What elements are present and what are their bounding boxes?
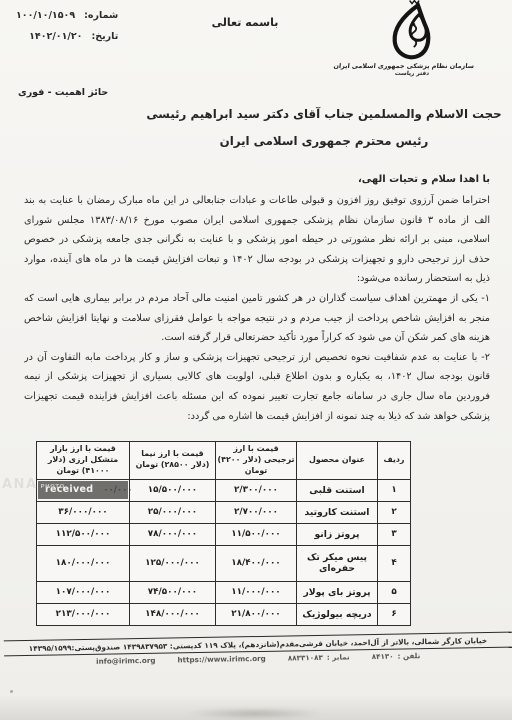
cell-product: استنت قلبی [297, 479, 378, 501]
scan-artifact-dot [10, 690, 13, 693]
cell-row-number: ۶ [378, 603, 411, 625]
header-price-preferential: قیمت با ارز ترجیحی (دلار ۴۲۰۰) تومان [216, 442, 297, 480]
letterhead-footer: خیابان کارگر شمالی، بالاتر از آل‌احمد، خ… [4, 632, 512, 669]
table-row: ۲ استنت کاروتید ۲/۷۰۰/۰۰۰ ۲۵/۰۰۰/۰۰۰ ۳۶/… [37, 501, 411, 523]
scan-bottom-smudge [185, 708, 325, 719]
scanned-letter-page: شماره: ۱۰۰/۱۰/۱۵۰۹ تاریخ: ۱۴۰۲/۰۱/۲۰ باس… [0, 0, 512, 720]
letter-date-value: ۱۴۰۲/۰۱/۲۰ [29, 31, 82, 42]
header-product: عنوان محصول [297, 442, 378, 480]
table-row: ۵ پروتز بای پولار ۱۱/۰۰۰/۰۰۰ ۷۴/۵۰۰/۰۰۰ … [37, 581, 411, 603]
cell-row-number: ۱ [378, 479, 411, 501]
letter-date-row: تاریخ: ۱۴۰۲/۰۱/۲۰ [16, 31, 118, 42]
cell-product: پروتز زانو [297, 523, 378, 545]
cell-price-market: ۱۱۲/۵۰۰/۰۰۰ [37, 523, 130, 545]
header-price-nima: قیمت با ارز نیما (دلار ۲۸۵۰۰) تومان [130, 442, 216, 480]
header-row-number: ردیف [378, 442, 411, 480]
footer-fax-value: ۸۸۳۳۱۰۸۳ [288, 653, 323, 663]
cell-product: دریچه بیولوژیک [297, 603, 378, 625]
cell-row-number: ۲ [378, 501, 411, 523]
logo-caption-organization: سازمان نظام پزشکی جمهوری اسلامی ایران [350, 62, 475, 70]
cell-price-market: ۱۸۰/۰۰۰/۰۰۰ [37, 545, 130, 581]
cell-price-preferential: ۲۱/۸۰۰/۰۰۰ [216, 603, 297, 625]
agency-name-watermark: ANA [2, 477, 38, 492]
cell-product: استنت کاروتید [297, 501, 378, 523]
table-row: ۳ پروتز زانو ۱۱/۵۰۰/۰۰۰ ۷۸/۰۰۰/۰۰۰ ۱۱۲/۵… [37, 523, 411, 545]
cell-product: پیس میکر تک حفره‌ای [297, 545, 378, 581]
medical-council-logo: سازمان نظام پزشکی جمهوری اسلامی ایران دف… [350, 0, 474, 77]
table-row: ۴ پیس میکر تک حفره‌ای ۱۸/۴۰۰/۰۰۰ ۱۲۵/۰۰۰… [37, 545, 411, 581]
cell-price-preferential: ۲/۷۰۰/۰۰۰ [216, 501, 297, 523]
recipient-name: حجت الاسلام والمسلمین جناب آقای دکتر سید… [68, 101, 512, 128]
recipient-title: رئیس محترم جمهوری اسلامی ایران [68, 128, 512, 155]
cell-price-nima: ۷۴/۵۰۰/۰۰۰ [130, 581, 216, 603]
cell-product: پروتز بای پولار [297, 581, 378, 603]
medical-council-emblem-icon [350, 0, 474, 62]
header-price-market: قیمت با ارز بازار متشکل ارزی (دلار ۴۱۰۰۰… [37, 442, 130, 480]
footer-phone: تلفن : ۸۴۱۳۰ [372, 651, 421, 661]
cell-price-nima: ۲۵/۰۰۰/۰۰۰ [130, 501, 216, 523]
table-row: ۱ استنت قلبی ۲/۳۰۰/۰۰۰ ۱۵/۵۰۰/۰۰۰ receiv… [37, 479, 411, 501]
cell-price-market: ۱۰۷/۰۰۰/۰۰۰ [37, 581, 130, 603]
price-comparison-table: ردیف عنوان محصول قیمت با ارز ترجیحی (دلا… [36, 441, 411, 626]
footer-fax-label: نمابر : [327, 652, 350, 661]
cell-price-market: ۲۱۳/۰۰۰/۰۰۰ [37, 603, 130, 625]
cell-price-preferential: ۱۱/۰۰۰/۰۰۰ [216, 581, 297, 603]
footer-fax: نمابر : ۸۸۳۳۱۰۸۳ [288, 652, 350, 662]
news-agency-watermark: ANA PHOTO [2, 477, 65, 492]
item-2-paragraph: ۲- با عنایت به عدم شفافیت نحوه تخصیص ارز… [24, 348, 490, 426]
priority-stamp: حائز اهمیت - فوری [18, 87, 108, 98]
obscured-price-remnant: ۰۰/۰۰۰ [103, 485, 132, 495]
letter-date-label: تاریخ: [91, 31, 118, 42]
item-1-paragraph: ۱- یکی از مهمترین اهداف سیاست گذاران در … [24, 289, 490, 348]
letter-body: با اهدا سلام و تحیات الهی، احتراما ضمن آ… [24, 170, 490, 438]
cell-price-nima: ۱۴۸/۰۰۰/۰۰۰ [130, 603, 216, 625]
cell-row-number: ۳ [378, 523, 411, 545]
cell-price-nima: ۷۸/۰۰۰/۰۰۰ [130, 523, 216, 545]
cell-row-number: ۴ [378, 545, 411, 581]
cell-price-nima: ۱۲۵/۰۰۰/۰۰۰ [130, 545, 216, 581]
footer-phone-label: تلفن : [398, 651, 421, 660]
cell-price-preferential: ۱۱/۵۰۰/۰۰۰ [216, 523, 297, 545]
table-header-row: ردیف عنوان محصول قیمت با ارز ترجیحی (دلا… [37, 442, 411, 480]
cell-price-preferential: ۱۸/۴۰۰/۰۰۰ [216, 545, 297, 581]
recipient-block: حجت الاسلام والمسلمین جناب آقای دکتر سید… [68, 101, 512, 155]
footer-email: info@irimc.org [96, 656, 156, 666]
logo-caption-office: دفتر ریاست [350, 71, 475, 77]
table-row: ۶ دریچه بیولوژیک ۲۱/۸۰۰/۰۰۰ ۱۴۸/۰۰۰/۰۰۰ … [37, 603, 411, 625]
footer-website-url: https://www.irimc.org [177, 654, 265, 665]
salutation-line: با اهدا سلام و تحیات الهی، [24, 170, 490, 189]
footer-phone-value: ۸۴۱۳۰ [372, 652, 394, 661]
cell-row-number: ۵ [378, 581, 411, 603]
cell-price-nima: ۱۵/۵۰۰/۰۰۰ [130, 479, 216, 501]
intro-paragraph: احتراما ضمن آرزوی توفیق روز افزون و قبول… [24, 191, 490, 289]
cell-price-market: ۳۶/۰۰۰/۰۰۰ [37, 501, 130, 523]
cell-price-preferential: ۲/۳۰۰/۰۰۰ [216, 479, 297, 501]
agency-photo-watermark: PHOTO [41, 484, 65, 490]
